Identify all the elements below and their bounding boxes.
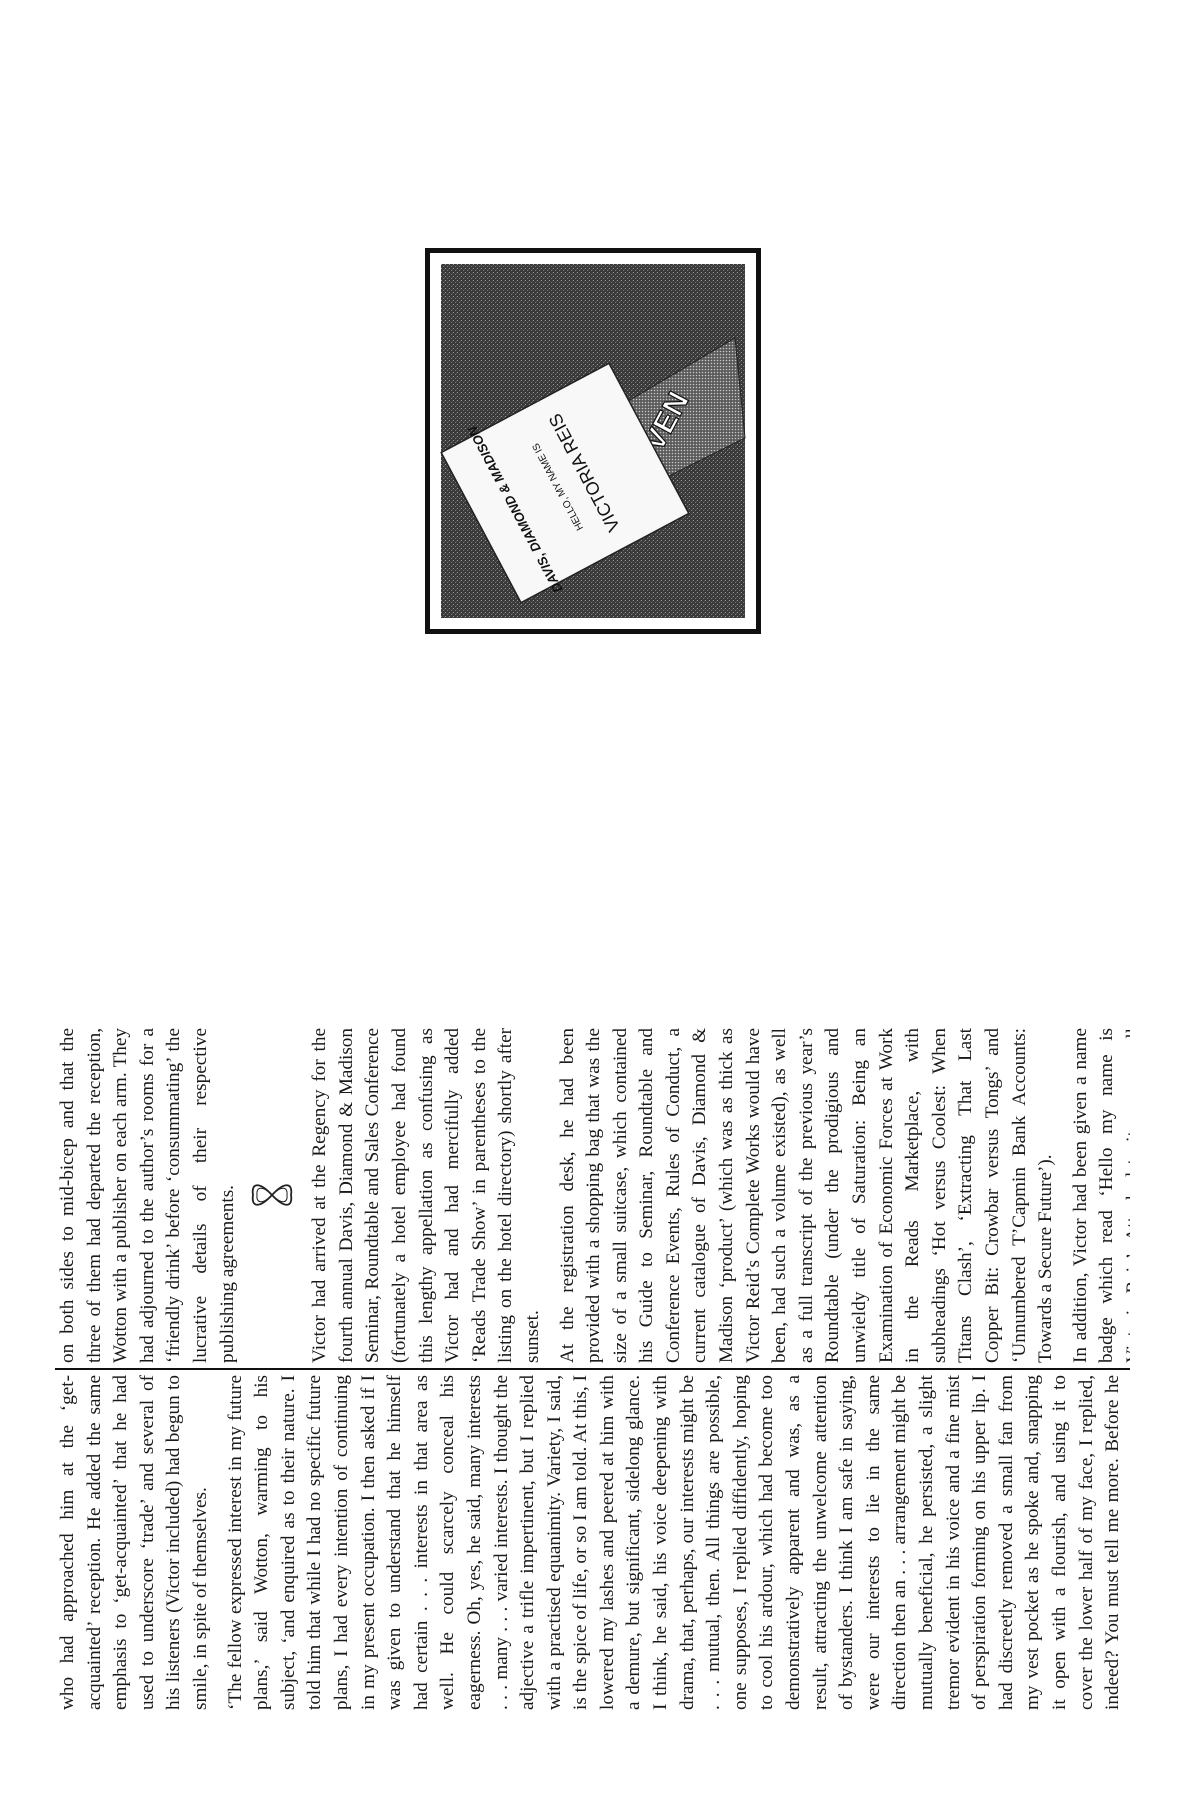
paragraph: At the registration desk, he had been pr… (554, 1028, 1059, 1363)
name-badge-illustration: VEN DAVIS, DIAMOND & MADISON HELLO, MY N… (425, 248, 761, 634)
paragraph: ‘The fellow expressed interest in my fut… (222, 1375, 1129, 1710)
section-break-ornament-icon (249, 1028, 295, 1363)
paragraph: In addition, Victor had been given a nam… (1067, 1028, 1129, 1363)
text-column-1: who had approached him at the ‘get-acqua… (55, 1375, 1130, 1710)
text-column-2: on both sides to mid-bicep and that the … (55, 1028, 1130, 1363)
paragraph: Victor had arrived at the Regency for th… (307, 1028, 546, 1363)
column-divider-rule (55, 1363, 1130, 1375)
paragraph: on both sides to mid-bicep and that the … (55, 1028, 241, 1363)
paragraph: who had approached him at the ‘get-acqua… (55, 1375, 215, 1710)
book-page-text: who had approached him at the ‘get-acqua… (55, 1015, 1130, 1710)
